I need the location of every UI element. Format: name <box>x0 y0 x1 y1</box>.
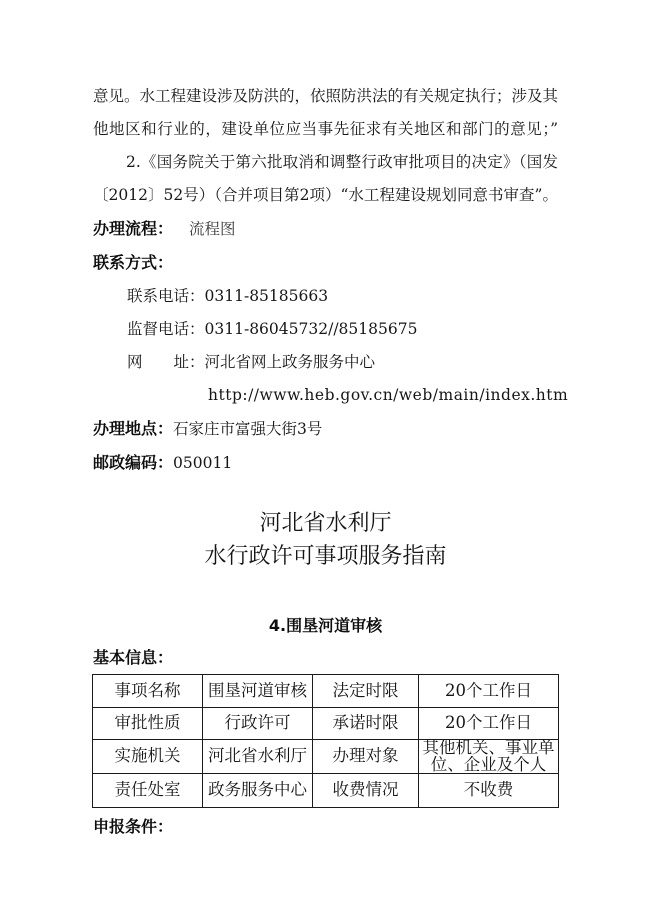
guide-title: 水行政许可事项服务指南 <box>93 540 558 573</box>
address-label: 办理地点： <box>93 419 173 438</box>
responsible-office-label: 责任处室 <box>93 774 203 808</box>
process-flowchart-link: 流程图 <box>189 220 236 238</box>
approval-nature-label: 审批性质 <box>93 708 203 740</box>
contact-phone-value: 0311-85185663 <box>205 287 329 305</box>
contact-phone-label: 联系电话： <box>127 287 205 305</box>
table-row: 事项名称 围垦河道审核 法定时限 20个工作日 <box>93 675 559 708</box>
statutory-limit-label: 法定时限 <box>313 675 419 708</box>
document-page: 意见。水工程建设涉及防洪的，依照防洪法的有关规定执行；涉及其 他地区和行业的，建… <box>0 0 650 919</box>
service-target-label: 办理对象 <box>313 740 419 774</box>
website-url-row: http://www.heb.gov.cn/web/main/index.htm <box>93 379 558 412</box>
table-row: 责任处室 政务服务中心 收费情况 不收费 <box>93 774 559 808</box>
website-name-value: 河北省网上政务服务中心 <box>205 353 376 371</box>
table-row: 审批性质 行政许可 承诺时限 20个工作日 <box>93 708 559 740</box>
process-row: 办理流程：流程图 <box>93 212 558 246</box>
implementing-agency-label: 实施机关 <box>93 740 203 774</box>
section-title: 4.围垦河道审核 <box>93 609 558 642</box>
conditions-label: 申报条件： <box>93 817 173 836</box>
contact-section-label: 联系方式： <box>93 253 173 272</box>
responsible-office-value: 政务服务中心 <box>203 774 313 808</box>
basic-info-heading: 基本信息： <box>93 642 558 674</box>
website-row: 网 址：河北省网上政务服务中心 <box>93 346 558 379</box>
postcode-value: 050011 <box>173 454 232 472</box>
website-label: 网 址： <box>127 353 205 371</box>
contact-section-heading: 联系方式： <box>93 246 558 280</box>
paragraph-continuation-line-1: 意见。水工程建设涉及防洪的，依照防洪法的有关规定执行；涉及其 <box>93 80 558 113</box>
statutory-limit-value: 20个工作日 <box>419 675 559 708</box>
supervision-phone-row: 监督电话：0311-86045732//85185675 <box>93 313 558 346</box>
address-value: 石家庄市富强大街3号 <box>173 420 322 438</box>
supervision-phone-value: 0311-86045732//85185675 <box>205 320 418 338</box>
postcode-label: 邮政编码： <box>93 453 173 472</box>
address-row: 办理地点：石家庄市富强大街3号 <box>93 412 558 446</box>
fee-status-label: 收费情况 <box>313 774 419 808</box>
promise-limit-label: 承诺时限 <box>313 708 419 740</box>
process-label: 办理流程： <box>93 219 173 238</box>
paragraph-continuation-line-2: 他地区和行业的，建设单位应当事先征求有关地区和部门的意见；” <box>93 113 558 146</box>
implementing-agency-value: 河北省水利厅 <box>203 740 313 774</box>
basic-info-label: 基本信息： <box>93 648 173 667</box>
basic-info-table: 事项名称 围垦河道审核 法定时限 20个工作日 审批性质 行政许可 承诺时限 2… <box>92 674 559 808</box>
approval-nature-value: 行政许可 <box>203 708 313 740</box>
supervision-phone-label: 监督电话： <box>127 320 205 338</box>
paragraph-basis2-line-1: 2.《国务院关于第六批取消和调整行政审批项目的决定》（国发 <box>93 146 558 179</box>
org-title: 河北省水利厅 <box>93 507 558 540</box>
fee-status-value: 不收费 <box>419 774 559 808</box>
item-name-label: 事项名称 <box>93 675 203 708</box>
service-target-value: 其他机关、事业单位、企业及个人 <box>419 740 559 774</box>
conditions-heading: 申报条件： <box>93 810 558 844</box>
item-name-value: 围垦河道审核 <box>203 675 313 708</box>
paragraph-basis2-line-2: 〔2012〕52号）（合并项目第2项）“水工程建设规划同意书审查”。 <box>93 179 558 212</box>
contact-phone-row: 联系电话：0311-85185663 <box>93 280 558 313</box>
table-row: 实施机关 河北省水利厅 办理对象 其他机关、事业单位、企业及个人 <box>93 740 559 774</box>
postcode-row: 邮政编码：050011 <box>93 446 558 480</box>
promise-limit-value: 20个工作日 <box>419 708 559 740</box>
website-url: http://www.heb.gov.cn/web/main/index.htm <box>208 386 568 404</box>
